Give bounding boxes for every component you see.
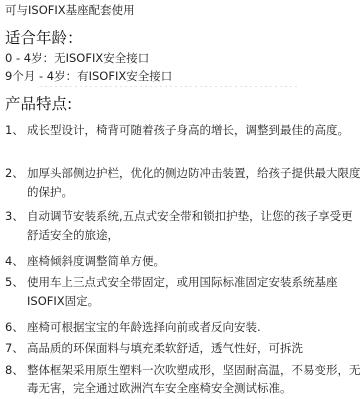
feature-text: 座椅倾斜度调整简单方便。 <box>5 252 361 271</box>
feature-item: 3、 自动调节安装系统,五点式安全带和锁扣护垫，让您的孩子享受更舒适安全的旅途， <box>5 207 361 245</box>
feature-number: 6、 <box>5 318 27 337</box>
isofix-compatibility-note: 可与ISOFIX基座配套使用 <box>5 2 135 18</box>
feature-text: 座椅可根据宝宝的年龄选择向前或者反向安装. <box>5 318 361 337</box>
feature-text: 成长型设计，椅背可随着孩子身高的增长，调整到最佳的高度。 <box>5 121 361 140</box>
feature-text: 整体框架采用原生塑料一次吹塑成形，坚固耐高温，不易变形，无毒无害，完全通过欧洲汽… <box>5 361 361 397</box>
divider <box>40 86 300 87</box>
feature-number: 3、 <box>5 207 27 226</box>
product-description-page: 可与ISOFIX基座配套使用 适合年龄： 0 - 4岁：无ISOFIX安全接口 … <box>0 0 364 399</box>
feature-item: 1、 成长型设计，椅背可随着孩子身高的增长，调整到最佳的高度。 <box>5 121 361 140</box>
feature-number: 2、 <box>5 164 27 183</box>
feature-item: 8、 整体框架采用原生塑料一次吹塑成形，坚固耐高温，不易变形，无毒无害，完全通过… <box>5 361 361 397</box>
feature-number: 8、 <box>5 361 27 379</box>
feature-text: 高品质的环保面料与填充柔软舒适，透气性好，可拆洗 <box>5 339 361 358</box>
feature-text: 加厚头部侧边护栏，优化的侧边防冲击装置，给孩子提供最大限度的保护。 <box>5 164 361 202</box>
feature-item: 6、 座椅可根据宝宝的年龄选择向前或者反向安装. <box>5 318 361 337</box>
feature-text: 使用车上三点式安全带固定，或用国际标准固定安装系统基座ISOFIX固定。 <box>5 273 361 311</box>
feature-item: 2、 加厚头部侧边护栏，优化的侧边防冲击装置，给孩子提供最大限度的保护。 <box>5 164 361 202</box>
feature-number: 7、 <box>5 339 27 358</box>
feature-number: 5、 <box>5 273 27 292</box>
age-range-line: 0 - 4岁：无ISOFIX安全接口 <box>5 51 149 66</box>
features-section-title: 产品特点: <box>5 94 72 114</box>
feature-number: 1、 <box>5 121 27 140</box>
feature-text: 自动调节安装系统,五点式安全带和锁扣护垫，让您的孩子享受更舒适安全的旅途， <box>5 207 361 245</box>
feature-number: 4、 <box>5 252 27 271</box>
feature-item: 5、 使用车上三点式安全带固定，或用国际标准固定安装系统基座ISOFIX固定。 <box>5 273 361 311</box>
age-section-title: 适合年龄： <box>5 28 83 48</box>
feature-item: 7、 高品质的环保面料与填充柔软舒适，透气性好，可拆洗 <box>5 339 361 358</box>
feature-item: 4、 座椅倾斜度调整简单方便。 <box>5 252 361 271</box>
age-range-line: 9个月 - 4岁：有ISOFIX安全接口 <box>5 69 172 84</box>
